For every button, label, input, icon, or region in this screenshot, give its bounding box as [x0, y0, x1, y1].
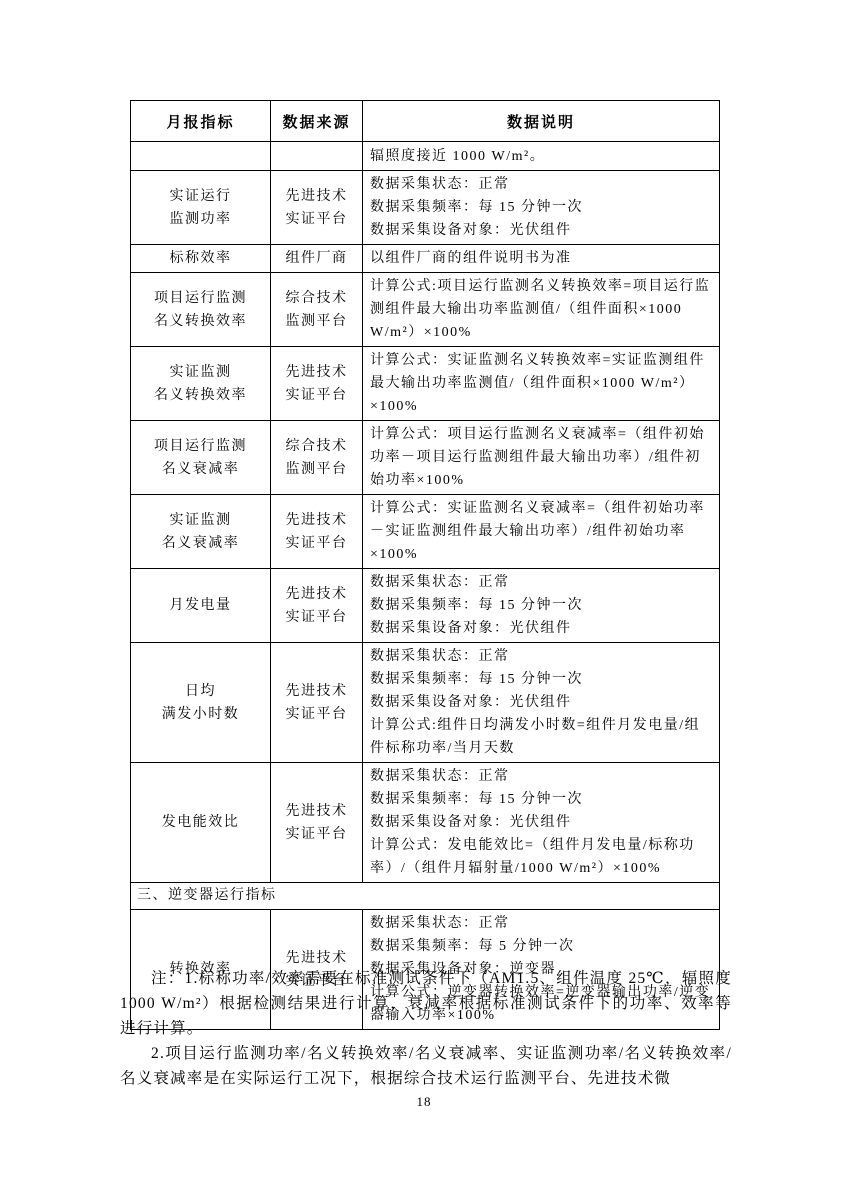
cell-line: 数据采集状态：正常	[370, 645, 715, 668]
cell-line: 监测功率	[133, 208, 268, 231]
cell-line: 先进技术	[273, 583, 360, 606]
cell-line: 实证监测	[133, 361, 268, 384]
source-cell: 先进技术实证平台	[271, 495, 363, 569]
source-cell: 综合技术监测平台	[271, 273, 363, 347]
table-row: 项目运行监测名义衰减率综合技术监测平台计算公式：项目运行监测名义衰减率=（组件初…	[131, 421, 720, 495]
cell-line: 数据采集状态：正常	[370, 173, 715, 196]
table-row: 发电能效比先进技术实证平台数据采集状态：正常数据采集频率：每 15 分钟一次数据…	[131, 763, 720, 883]
cell-line: 实证监测	[133, 509, 268, 532]
table-header: 月报指标 数据来源 数据说明	[131, 101, 720, 142]
table-row: 实证监测名义衰减率先进技术实证平台计算公式：实证监测名义衰减率=（组件初始功率－…	[131, 495, 720, 569]
cell-line: 标称效率	[133, 247, 268, 270]
description-cell: 辐照度接近 1000 W/m²。	[363, 142, 720, 171]
description-cell: 计算公式：实证监测名义衰减率=（组件初始功率－实证监测组件最大输出功率）/组件初…	[363, 495, 720, 569]
cell-line: 综合技术	[273, 435, 360, 458]
source-cell: 综合技术监测平台	[271, 421, 363, 495]
cell-line: 实证运行	[133, 185, 268, 208]
cell-line: 综合技术	[273, 287, 360, 310]
cell-line: 监测平台	[273, 458, 360, 481]
cell-line: 名义衰减率	[133, 532, 268, 555]
source-cell: 先进技术实证平台	[271, 347, 363, 421]
description-cell: 计算公式:项目运行监测名义转换效率=项目运行监测组件最大输出功率监测值/（组件面…	[363, 273, 720, 347]
footnote-1: 注：1.标称功率/效率需要在标准测试条件下（AM1.5、组件温度 25℃，辐照度…	[120, 966, 732, 1041]
table-header-row: 月报指标 数据来源 数据说明	[131, 101, 720, 142]
indicator-cell: 月发电量	[131, 569, 271, 643]
document-page: 月报指标 数据来源 数据说明 辐照度接近 1000 W/m²。实证运行监测功率先…	[0, 0, 848, 1200]
table-row: 月发电量先进技术实证平台数据采集状态：正常数据采集频率：每 15 分钟一次数据采…	[131, 569, 720, 643]
cell-line: 实证平台	[273, 208, 360, 231]
source-cell: 先进技术实证平台	[271, 569, 363, 643]
cell-line: 数据采集频率：每 5 分钟一次	[370, 935, 715, 958]
source-cell: 先进技术实证平台	[271, 643, 363, 763]
source-cell	[271, 142, 363, 171]
description-cell: 数据采集状态：正常数据采集频率：每 15 分钟一次数据采集设备对象：光伏组件计算…	[363, 643, 720, 763]
cell-line: 名义衰减率	[133, 458, 268, 481]
cell-line: 日均	[133, 680, 268, 703]
description-cell: 数据采集状态：正常数据采集频率：每 15 分钟一次数据采集设备对象：光伏组件	[363, 569, 720, 643]
footnotes: 注：1.标称功率/效率需要在标准测试条件下（AM1.5、组件温度 25℃，辐照度…	[120, 966, 732, 1091]
cell-line: 以组件厂商的组件说明书为准	[370, 247, 715, 270]
cell-line: 计算公式：实证监测名义衰减率=（组件初始功率－实证监测组件最大输出功率）/组件初…	[370, 497, 715, 566]
description-cell: 计算公式：实证监测名义转换效率=实证监测组件最大输出功率监测值/（组件面积×10…	[363, 347, 720, 421]
cell-line: 计算公式：发电能效比=（组件月发电量/标称功率）/（组件月辐射量/1000 W/…	[370, 834, 715, 880]
cell-line: 数据采集频率：每 15 分钟一次	[370, 668, 715, 691]
cell-line: 数据采集状态：正常	[370, 912, 715, 935]
monthly-indicator-table: 月报指标 数据来源 数据说明 辐照度接近 1000 W/m²。实证运行监测功率先…	[130, 100, 720, 1030]
page-number: 18	[0, 1094, 848, 1110]
indicator-cell: 发电能效比	[131, 763, 271, 883]
cell-line: 数据采集设备对象：光伏组件	[370, 811, 715, 834]
cell-line: 满发小时数	[133, 703, 268, 726]
table-body: 辐照度接近 1000 W/m²。实证运行监测功率先进技术实证平台数据采集状态：正…	[131, 142, 720, 1030]
cell-line: 先进技术	[273, 185, 360, 208]
cell-line: 发电能效比	[133, 811, 268, 834]
cell-line: 计算公式：实证监测名义转换效率=实证监测组件最大输出功率监测值/（组件面积×10…	[370, 349, 715, 418]
cell-line: 数据采集频率：每 15 分钟一次	[370, 594, 715, 617]
cell-line: 实证平台	[273, 703, 360, 726]
description-cell: 数据采集状态：正常数据采集频率：每 15 分钟一次数据采集设备对象：光伏组件计算…	[363, 763, 720, 883]
cell-line: 数据采集频率：每 15 分钟一次	[370, 788, 715, 811]
indicator-cell: 标称效率	[131, 245, 271, 273]
indicator-cell: 实证监测名义衰减率	[131, 495, 271, 569]
col-header-indicator: 月报指标	[131, 101, 271, 142]
cell-line: 实证平台	[273, 532, 360, 555]
table-row: 实证运行监测功率先进技术实证平台数据采集状态：正常数据采集频率：每 15 分钟一…	[131, 171, 720, 245]
indicator-cell	[131, 142, 271, 171]
table-row: 日均满发小时数先进技术实证平台数据采集状态：正常数据采集频率：每 15 分钟一次…	[131, 643, 720, 763]
cell-line: 先进技术	[273, 680, 360, 703]
description-cell: 数据采集状态：正常数据采集频率：每 15 分钟一次数据采集设备对象：光伏组件	[363, 171, 720, 245]
description-cell: 以组件厂商的组件说明书为准	[363, 245, 720, 273]
col-header-source: 数据来源	[271, 101, 363, 142]
cell-line: 数据采集状态：正常	[370, 571, 715, 594]
cell-line: 月发电量	[133, 594, 268, 617]
cell-line: 实证平台	[273, 606, 360, 629]
cell-line: 辐照度接近 1000 W/m²。	[370, 145, 715, 168]
table-row: 实证监测名义转换效率先进技术实证平台计算公式：实证监测名义转换效率=实证监测组件…	[131, 347, 720, 421]
indicator-cell: 项目运行监测名义转换效率	[131, 273, 271, 347]
footnote-2: 2.项目运行监测功率/名义转换效率/名义衰减率、实证监测功率/名义转换效率/名义…	[120, 1041, 732, 1091]
cell-line: 数据采集设备对象：光伏组件	[370, 617, 715, 640]
cell-line: 计算公式:项目运行监测名义转换效率=项目运行监测组件最大输出功率监测值/（组件面…	[370, 275, 715, 344]
col-header-description: 数据说明	[363, 101, 720, 142]
cell-line: 计算公式：项目运行监测名义衰减率=（组件初始功率－项目运行监测组件最大输出功率）…	[370, 423, 715, 492]
table-row: 标称效率组件厂商以组件厂商的组件说明书为准	[131, 245, 720, 273]
table-row: 辐照度接近 1000 W/m²。	[131, 142, 720, 171]
cell-line: 数据采集状态：正常	[370, 765, 715, 788]
cell-line: 项目运行监测	[133, 287, 268, 310]
cell-line: 数据采集设备对象：光伏组件	[370, 691, 715, 714]
table-row: 三、逆变器运行指标	[131, 883, 720, 910]
cell-line: 组件厂商	[273, 247, 360, 270]
cell-line: 数据采集频率：每 15 分钟一次	[370, 196, 715, 219]
table-row: 项目运行监测名义转换效率综合技术监测平台计算公式:项目运行监测名义转换效率=项目…	[131, 273, 720, 347]
cell-line: 名义转换效率	[133, 310, 268, 333]
cell-line: 计算公式:组件日均满发小时数=组件月发电量/组件标称功率/当月天数	[370, 714, 715, 760]
cell-line: 数据采集设备对象：光伏组件	[370, 219, 715, 242]
source-cell: 组件厂商	[271, 245, 363, 273]
source-cell: 先进技术实证平台	[271, 171, 363, 245]
cell-line: 先进技术	[273, 509, 360, 532]
cell-line: 名义转换效率	[133, 384, 268, 407]
indicator-cell: 日均满发小时数	[131, 643, 271, 763]
cell-line: 实证平台	[273, 384, 360, 407]
indicator-cell: 实证运行监测功率	[131, 171, 271, 245]
description-cell: 计算公式：项目运行监测名义衰减率=（组件初始功率－项目运行监测组件最大输出功率）…	[363, 421, 720, 495]
source-cell: 先进技术实证平台	[271, 763, 363, 883]
cell-line: 监测平台	[273, 310, 360, 333]
cell-line: 先进技术	[273, 800, 360, 823]
section-row-label: 三、逆变器运行指标	[131, 883, 720, 910]
indicator-cell: 实证监测名义转换效率	[131, 347, 271, 421]
cell-line: 实证平台	[273, 823, 360, 846]
cell-line: 项目运行监测	[133, 435, 268, 458]
indicator-cell: 项目运行监测名义衰减率	[131, 421, 271, 495]
cell-line: 先进技术	[273, 361, 360, 384]
